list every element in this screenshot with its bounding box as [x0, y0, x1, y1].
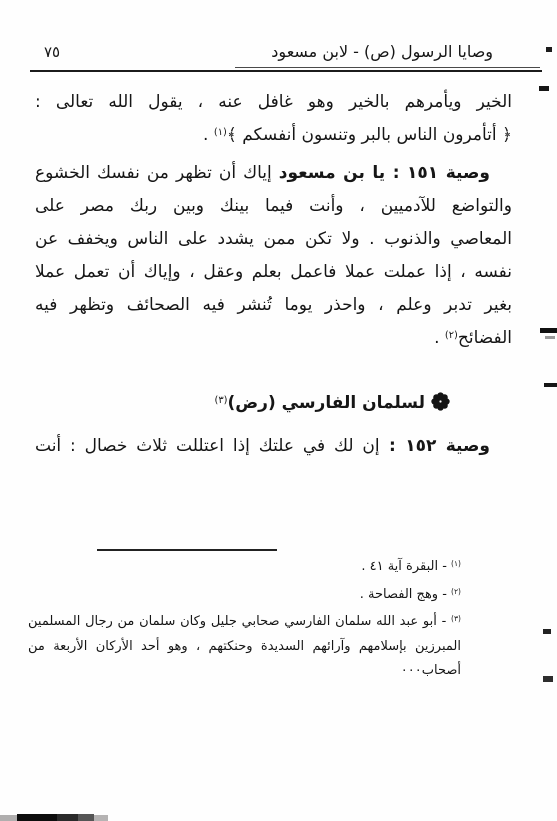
header-rule-thin [235, 67, 540, 68]
section-heading-salman: لسلمان الفارسي (رض)(٣) [35, 387, 450, 422]
text-segment: . [434, 328, 445, 348]
text-segment: (٢) [451, 587, 461, 596]
text-line: (٣) - أبو عبد الله سلمان الفارسي صحابي ج… [28, 610, 461, 635]
text-segment: الفضائح [458, 328, 512, 348]
text-segment: المعاصي والذنوب . ولا تكن ممن يشدد على ا… [35, 229, 512, 249]
text-line: ﴿ أتأمرون الناس بالبر وتنسون أنفسكم ﴾(١)… [35, 119, 512, 154]
text-segment: وصية ١٥١ : يا بن مسعود [279, 163, 490, 183]
text-segment: والتواضع للآدميين ، وأنت فيما بينك وبين … [35, 196, 512, 216]
wasiyya-152-paragraph: وصية ١٥٢ : إن لك في علتك إذا اعتللت ثلاث… [35, 430, 512, 463]
scan-mark [543, 629, 551, 634]
scanner-bar [57, 814, 78, 821]
footnote-3: (٣) - أبو عبد الله سلمان الفارسي صحابي ج… [28, 610, 461, 683]
scan-mark [543, 676, 553, 682]
text-line: (٢) - وهج الفصاحة . [200, 584, 461, 607]
text-line: وصية ١٥١ : يا بن مسعود إياك أن تظهر من ن… [35, 157, 512, 190]
scan-mark [546, 47, 552, 52]
scanner-bar [78, 814, 94, 821]
text-segment: (٣) [215, 395, 228, 406]
text-line: الخير ويأمرهم بالخير وهو غافل عنه ، يقول… [35, 86, 512, 119]
text-segment: الخير ويأمرهم بالخير وهو غافل عنه ، يقول… [35, 92, 512, 112]
text-segment: وصية ١٥٢ : [380, 436, 490, 456]
text-segment: (١) [214, 127, 227, 138]
text-segment: المبرزين بإسلامهم وآرائهم السديدة وحنكته… [28, 639, 461, 678]
text-line: لسلمان الفارسي (رض)(٣) [35, 387, 450, 422]
footnote-rule [97, 549, 277, 551]
text-segment: - البقرة آية ٤١ . [361, 559, 451, 574]
footnote-1: (١) - البقرة آية ٤١ . [200, 556, 461, 579]
text-line: بغير تدبر وعلم ، واحذر يوما تُنشر فيه ال… [35, 289, 512, 322]
text-line: الفضائح(٢) . [35, 322, 512, 357]
scanner-bar [0, 815, 17, 821]
text-segment: (٣) [451, 614, 461, 623]
text-segment: إياك أن تظهر من نفسك الخشوع [35, 163, 279, 183]
text-segment: - أبو عبد الله سلمان الفارسي صحابي جليل … [28, 614, 451, 629]
scanner-bar [17, 814, 57, 821]
text-segment: بغير تدبر وعلم ، واحذر يوما تُنشر فيه ال… [35, 295, 512, 315]
text-segment: (١) [451, 559, 461, 568]
text-segment: إن لك في علتك إذا اعتللت ثلاث خصال : أنت [35, 436, 380, 456]
text-line: (١) - البقرة آية ٤١ . [200, 556, 461, 579]
text-line: المبرزين بإسلامهم وآرائهم السديدة وحنكته… [28, 635, 461, 683]
scan-mark [544, 383, 557, 387]
scan-mark [539, 86, 549, 91]
text-line: نفسه ، إذا عملت عملا فاعمل بعلم وعقل ، و… [35, 256, 512, 289]
text-line: والتواضع للآدميين ، وأنت فيما بينك وبين … [35, 190, 512, 223]
book-page-scan: وصايا الرسول (ص) - لابن مسعود ٧٥ الخير و… [0, 0, 557, 821]
text-segment: . [203, 125, 214, 145]
paragraph-continuation: الخير ويأمرهم بالخير وهو غافل عنه ، يقول… [35, 86, 512, 154]
rosette-flower-icon [425, 393, 450, 413]
text-line: وصية ١٥٢ : إن لك في علتك إذا اعتللت ثلاث… [35, 430, 512, 463]
scan-mark [545, 336, 555, 339]
header-rule [30, 70, 542, 72]
text-segment: (٢) [445, 330, 458, 341]
scanner-bar [94, 815, 108, 821]
text-segment: - وهج الفصاحة . [360, 587, 451, 602]
wasiyya-151-paragraph: وصية ١٥١ : يا بن مسعود إياك أن تظهر من ن… [35, 157, 512, 357]
text-segment: نفسه ، إذا عملت عملا فاعمل بعلم وعقل ، و… [35, 262, 512, 282]
text-line: المعاصي والذنوب . ولا تكن ممن يشدد على ا… [35, 223, 512, 256]
text-segment: لسلمان الفارسي (رض) [228, 393, 425, 413]
running-header-title: وصايا الرسول (ص) - لابن مسعود [271, 42, 493, 61]
scan-mark [540, 328, 557, 333]
footnote-2: (٢) - وهج الفصاحة . [200, 584, 461, 607]
text-segment: ﴿ أتأمرون الناس بالبر وتنسون أنفسكم ﴾ [227, 125, 512, 145]
page-number: ٧٥ [44, 43, 60, 61]
